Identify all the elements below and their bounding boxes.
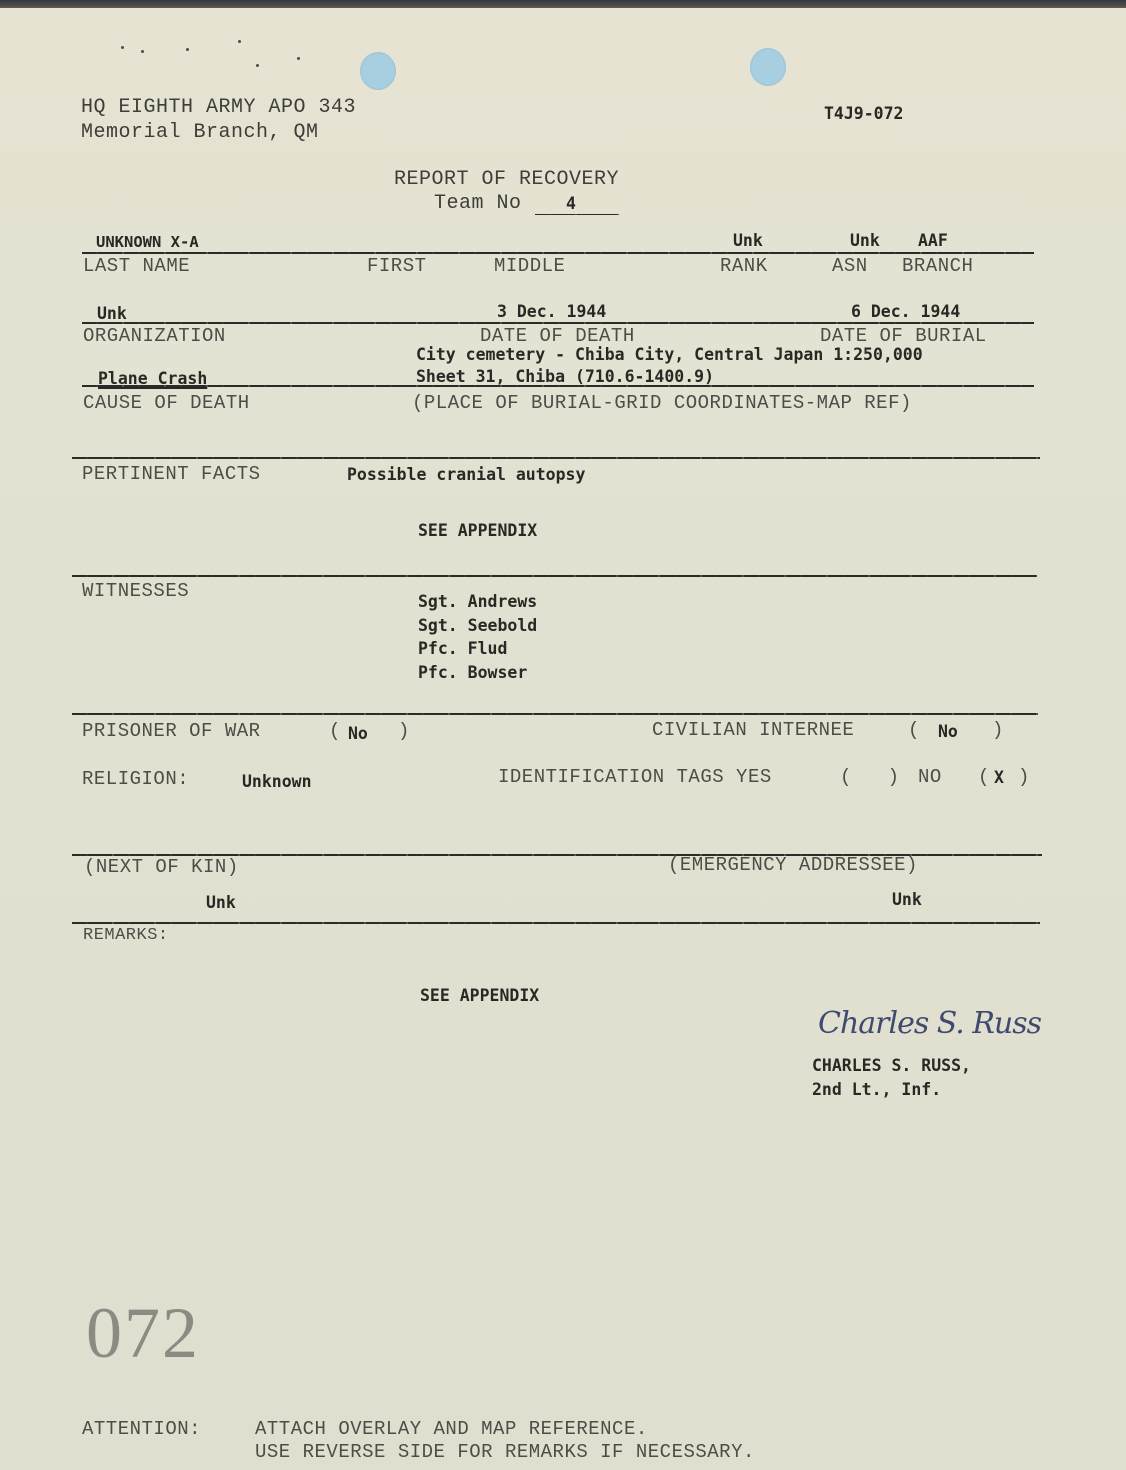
organization-value: Unk (97, 304, 127, 323)
witnesses-rule (72, 575, 1037, 577)
civilian-open-paren: ( (908, 719, 920, 741)
punch-hole-right (750, 48, 786, 86)
cause-rule (82, 385, 1034, 387)
pertinent-facts-label: PERTINENT FACTS (82, 463, 261, 485)
attention-line-1: ATTACH OVERLAY AND MAP REFERENCE. (255, 1418, 648, 1440)
last-name-value: UNKNOWN X-A (96, 233, 199, 251)
page-title: REPORT OF RECOVERY (394, 168, 619, 191)
next-of-kin-value: Unk (206, 893, 236, 912)
speck (186, 48, 189, 51)
org-line-1: HQ EIGHTH ARMY APO 343 (81, 96, 356, 119)
status-rule (72, 713, 1038, 715)
signer-rank: 2nd Lt., Inf. (812, 1080, 941, 1099)
id-tags-no-close-paren: ) (1018, 766, 1030, 788)
place-of-burial-line-2: Sheet 31, Chiba (710.6-1400.9) (416, 367, 714, 386)
date-of-burial-label: DATE OF BURIAL (820, 325, 987, 347)
id-tags-yes-box: ( ) (840, 766, 900, 788)
handwritten-signature: Charles S. Russ (818, 1006, 1041, 1041)
pertinent-facts-appendix: SEE APPENDIX (418, 521, 537, 540)
id-tags-no-value: X (994, 768, 1004, 787)
date-of-death-label: DATE OF DEATH (480, 325, 635, 347)
witnesses-label: WITNESSES (82, 580, 189, 602)
speck (297, 57, 300, 60)
asn-label: ASN (832, 255, 868, 277)
remarks-rule (72, 922, 1040, 924)
page-stamp-number: 072 (86, 1292, 200, 1375)
org-line-2: Memorial Branch, QM (81, 121, 319, 144)
witness-item: Sgt. Andrews (418, 592, 537, 611)
last-name-label: LAST NAME (83, 255, 190, 277)
signer-name: CHARLES S. RUSS, (812, 1056, 971, 1075)
witness-item: Pfc. Bowser (418, 663, 527, 682)
civilian-internee-value: No (938, 722, 958, 741)
place-of-burial-line-1: City cemetery - Chiba City, Central Japa… (416, 345, 923, 364)
punch-hole-left (360, 52, 396, 90)
pertinent-facts-value: Possible cranial autopsy (347, 465, 585, 484)
speck (256, 64, 259, 67)
attention-line-2: USE REVERSE SIDE FOR REMARKS IF NECESSAR… (255, 1441, 755, 1463)
emergency-addressee-label: (EMERGENCY ADDRESSEE) (668, 854, 918, 876)
pow-label: PRISONER OF WAR (82, 720, 261, 742)
scanner-edge (0, 0, 1126, 8)
speck (238, 40, 241, 43)
id-tags-label: IDENTIFICATION TAGS YES (498, 766, 772, 788)
rank-value: Unk (733, 231, 763, 250)
date-of-burial-value: 6 Dec. 1944 (851, 302, 960, 321)
asn-value: Unk (850, 231, 880, 250)
place-of-burial-label: (PLACE OF BURIAL-GRID COORDINATES-MAP RE… (412, 392, 912, 414)
witness-item: Sgt. Seebold (418, 616, 537, 635)
pertinent-facts-rule (72, 457, 1040, 459)
pow-value: No (348, 724, 368, 743)
team-underline (535, 214, 619, 215)
cause-of-death-label: CAUSE OF DEATH (83, 392, 250, 414)
branch-value: AAF (918, 231, 948, 250)
civilian-close-paren: ) (992, 719, 1004, 741)
identity-rule (82, 252, 1034, 254)
remarks-label: REMARKS: (83, 926, 169, 945)
team-number: 4 (566, 194, 576, 213)
religion-value: Unknown (242, 772, 312, 791)
dates-rule (82, 322, 1034, 324)
next-of-kin-label: (NEXT OF KIN) (84, 856, 239, 878)
id-tags-no-label: NO (918, 766, 942, 788)
religion-label: RELIGION: (82, 768, 189, 790)
date-of-death-value: 3 Dec. 1944 (497, 302, 606, 321)
pow-close-paren: ) (398, 720, 410, 742)
file-number: T4J9-072 (824, 104, 903, 123)
organization-label: ORGANIZATION (83, 325, 226, 347)
team-label: Team No (434, 192, 522, 215)
id-tags-no-open-paren: ( (978, 766, 990, 788)
attention-label: ATTENTION: (82, 1418, 201, 1440)
speck (141, 50, 144, 53)
speck (121, 46, 124, 49)
pow-open-paren: ( (329, 720, 341, 742)
witness-item: Pfc. Flud (418, 639, 507, 658)
civilian-internee-label: CIVILIAN INTERNEE (652, 719, 854, 741)
rank-label: RANK (720, 255, 768, 277)
emergency-addressee-value: Unk (892, 890, 922, 909)
remarks-value: SEE APPENDIX (420, 986, 539, 1005)
first-name-label: FIRST (367, 255, 427, 277)
middle-name-label: MIDDLE (494, 255, 565, 277)
branch-label: BRANCH (902, 255, 973, 277)
